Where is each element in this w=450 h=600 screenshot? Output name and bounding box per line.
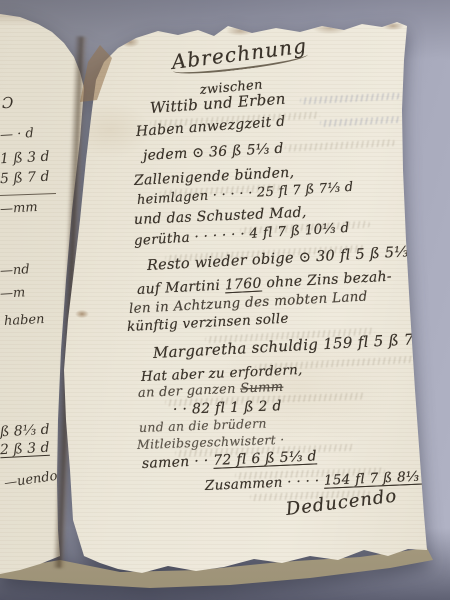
- line-text: ohne Zins bezah-: [261, 269, 392, 292]
- underlined-year: 1760: [224, 275, 262, 293]
- left-page-line-fragment: — · d: [0, 126, 34, 143]
- left-page-line-fragment: —mm: [0, 200, 38, 217]
- line-text: [432, 468, 433, 484]
- document-title: Abrechnung: [170, 34, 309, 78]
- left-page-line-fragment: —m: [0, 285, 26, 301]
- manuscript-line: und an die brüdern: [139, 416, 267, 435]
- underlined-amount: 72 fl 6 ß 5⅓ d: [213, 448, 317, 469]
- left-page-line-fragment: Ɔ: [2, 94, 14, 113]
- manuscript-line: samen · · 72 fl 6 ß 5⅓ d: [142, 448, 318, 472]
- manuscript-line: Wittib und Erben: [149, 90, 286, 117]
- line-text: auf Martini: [137, 277, 226, 298]
- left-page-line-fragment: 5 ß 7 d: [0, 169, 50, 188]
- photograph: Ɔ — · d 1 ß 3 d 5 ß 7 d —mm —nd —m haben…: [0, 0, 450, 600]
- left-page-line-fragment: ß 8⅓ d: [0, 422, 50, 441]
- bleedthrough-mark: [320, 116, 400, 127]
- bleedthrough-mark: [300, 92, 400, 104]
- struck-word: Summ: [240, 380, 284, 397]
- underlined-total: 154 fl 7 ß 8⅓ d: [324, 468, 434, 489]
- bleedthrough-mark: [285, 139, 395, 152]
- manuscript-line: jedem ⊙ 36 ß 5⅓ d: [143, 141, 284, 164]
- left-page-line-fragment: 1 ß 3 d: [0, 149, 50, 168]
- paper-stack: Ɔ — · d 1 ß 3 d 5 ß 7 d —mm —nd —m haben…: [0, 0, 450, 600]
- left-page-line-fragment: haben: [4, 312, 45, 329]
- left-page-line-fragment: —nd: [0, 262, 30, 279]
- left-page-line-fragment: 2 ß 3 d: [0, 440, 50, 459]
- line-text: Zusammen · · · ·: [205, 473, 325, 494]
- ruled-line: [0, 193, 56, 196]
- line-text: samen · ·: [142, 453, 214, 472]
